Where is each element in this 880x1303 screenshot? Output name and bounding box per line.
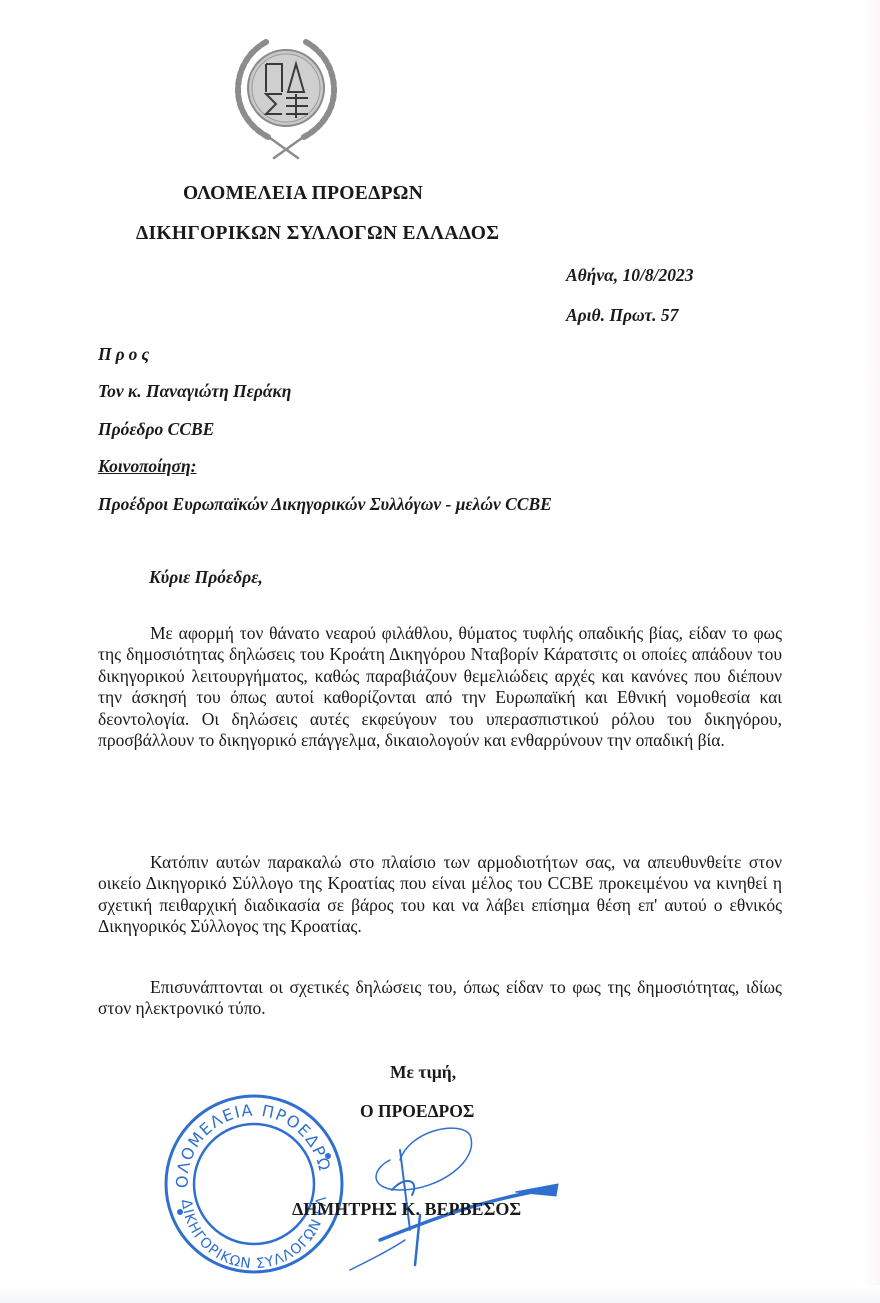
body-paragraph: Επισυνάπτονται οι σχετικές δηλώσεις του,… (98, 977, 782, 1020)
cc-recipients: Προέδροι Ευρωπαϊκών Δικηγορικών Συλλόγων… (98, 494, 552, 515)
salutation: Κύριε Πρόεδρε, (149, 567, 263, 588)
org-name-line-2: ΔΙΚΗΓΟΡΙΚΩΝ ΣΥΛΛΟΓΩΝ ΕΛΛΑΔΟΣ (136, 223, 499, 245)
closing-regards: Με τιμή, (390, 1062, 456, 1083)
recipient-name: Τον κ. Παναγιώτη Περάκη (98, 381, 291, 402)
letter-date: Αθήνα, 10/8/2023 (566, 265, 694, 286)
bar-association-emblem-icon (226, 28, 346, 163)
official-seal-stamp-icon: ΟΛΟΜΕΛΕΙΑ ΠΡΟΕΔΡΩΝ ΔΙΚΗΓΟΡΙΚΩΝ ΣΥΛΛΟΓΩΝ … (158, 1088, 348, 1278)
signer-role: Ο ΠΡΟΕΔΡΟΣ (360, 1101, 474, 1122)
page-bottom-shadow (0, 1285, 880, 1303)
protocol-number: Αριθ. Πρωτ. 57 (566, 305, 678, 326)
signer-name: ΔΗΜΗΤΡΗΣ Κ. ΒΕΡΒΕΣΟΣ (292, 1199, 521, 1220)
body-paragraph: Με αφορμή τον θάνατο νεαρού φιλάθλου, θύ… (98, 623, 782, 753)
recipient-title: Πρόεδρο CCBE (98, 419, 214, 440)
recipient-label: Προς (98, 344, 153, 365)
body-paragraph: Κατόπιν αυτών παρακαλώ στο πλαίσιο των α… (98, 852, 782, 938)
stamp-text-top: ΟΛΟΜΕΛΕΙΑ ΠΡΟΕΔΡΩΝ (158, 1088, 335, 1188)
cc-label: Κοινοποίηση: (98, 456, 196, 477)
org-name-line-1: ΟΛΟΜΕΛΕΙΑ ΠΡΟΕΔΡΩΝ (183, 183, 423, 205)
page-edge-shadow (862, 0, 880, 1303)
svg-text:ΟΛΟΜΕΛΕΙΑ ΠΡΟΕΔΡΩΝ: ΟΛΟΜΕΛΕΙΑ ΠΡΟΕΔΡΩΝ (158, 1088, 335, 1188)
